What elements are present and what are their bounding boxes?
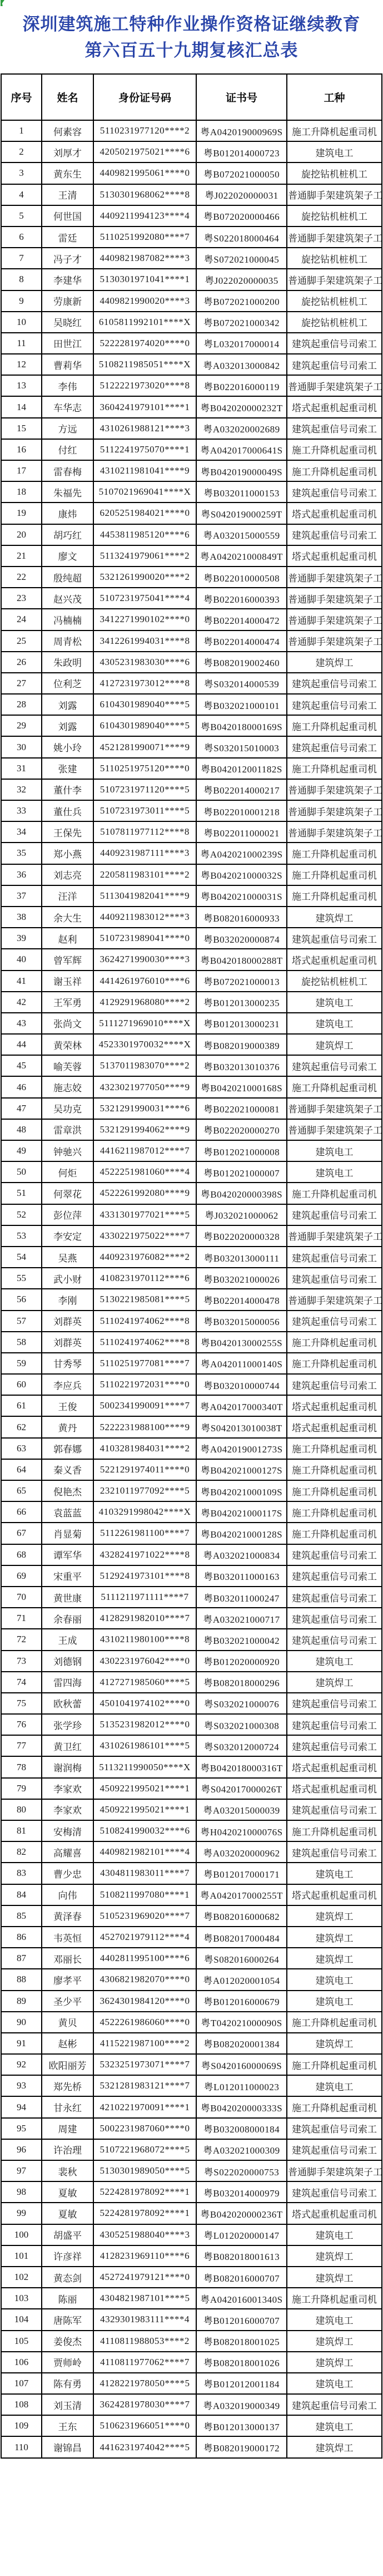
cell-name: 冯楠楠 [42,609,93,630]
cell-name: 刘德钢 [42,1651,93,1672]
table-row: 50何炬4522251981060****4粤B012021000007建筑电工 [1,1161,382,1183]
cell-no: 31 [1,758,42,779]
cell-id_number: 4305251988040****3 [93,2224,196,2245]
cell-cert_no: 粤B072021000342 [196,312,287,333]
cell-cert_no: 粤L032017000014 [196,333,287,354]
cell-trade: 建筑起重信号司索工 [287,2118,382,2139]
cell-id_number: 4205021975021****6 [93,141,196,162]
cell-cert_no: 粤A042019000969S [196,120,287,141]
cell-cert_no: 粤S032021000308 [196,1714,287,1735]
cell-trade: 建筑起重信号司索工 [287,2394,382,2415]
cell-name: 王保先 [42,821,93,843]
table-row: 24冯楠楠3412271990102****0粤B022014000472普通脚… [1,609,382,630]
cell-no: 58 [1,1332,42,1353]
cell-name: 李安定 [42,1225,93,1247]
cell-trade: 施工升降机起重司机 [287,2096,382,2117]
cell-no: 22 [1,567,42,588]
table-row: 22殷纯超5321261990020****2粤B022010000508普通脚… [1,567,382,588]
cell-id_number: 5110221972031****0 [93,1374,196,1395]
cell-cert_no: 粤B082016000682 [196,1905,287,1927]
cell-cert_no: 粤B022014000217 [196,779,287,800]
cell-id_number: 5110251992080****7 [93,226,196,248]
document-page: 深圳建筑施工特种作业操作资格证继续教育 第六百五十九期复核汇总表 序号 姓名 身… [0,0,383,2459]
cell-id_number: 4416231974042****5 [93,2436,196,2457]
cell-id_number: 4330221975022****7 [93,1225,196,1247]
cell-trade: 普通脚手架建筑架子工 [287,269,382,290]
cell-id_number: 5222231988100****9 [93,1416,196,1437]
cell-trade: 施工升降机起重司机 [287,1523,382,1544]
cell-name: 张学珍 [42,1714,93,1735]
cell-no: 108 [1,2394,42,2415]
cell-trade: 普通脚手架建筑架子工 [287,821,382,843]
cell-name: 余春丽 [42,1608,93,1629]
table-row: 94甘永红4210221970091****1粤B042020000333S施工… [1,2096,382,2117]
cell-id_number: 4127231973012****8 [93,673,196,694]
cell-cert_no: 粤B082019002460 [196,652,287,673]
cell-id_number: 4103281984031****2 [93,1438,196,1459]
cell-cert_no: 粤B032013000111 [196,1247,287,1268]
cell-cert_no: 粤J022020000031 [196,184,287,205]
cell-name: 圣少平 [42,1991,93,2012]
cell-id_number: 4501041974102****0 [93,1693,196,1714]
cell-trade: 建筑起重信号司索工 [287,418,382,439]
table-row: 99夏敏5224281978092****1粤B042020000236T塔式起… [1,2203,382,2224]
cell-id_number: 2321011977092****5 [93,1480,196,1501]
table-row: 85黄泽春5105231969020****7粤B082016000682建筑焊… [1,1905,382,1927]
cell-name: 许治理 [42,2139,93,2160]
cell-no: 65 [1,1480,42,1501]
cell-id_number: 4509221995021****1 [93,1799,196,1820]
cell-trade: 普通脚手架建筑架子工 [287,1225,382,1247]
cell-cert_no: 粤H042021000076S [196,1820,287,1841]
cell-id_number: 6105811992101****X [93,312,196,333]
cell-no: 98 [1,2181,42,2203]
cell-cert_no: 粤A042011000140S [196,1353,287,1374]
cell-trade: 施工升降机起重司机 [287,1183,382,1204]
cell-cert_no: 粤B042018000316T [196,1756,287,1777]
table-row: 76张学珍5135231982012****0粤S032021000308建筑起… [1,1714,382,1735]
cell-cert_no: 粤B042021000128S [196,1523,287,1544]
cell-cert_no: 粤S042016000069S [196,2054,287,2075]
cell-id_number: 4409821987082****3 [93,248,196,269]
cell-id_number: 4409821990020****3 [93,290,196,312]
cell-name: 甘永红 [42,2096,93,2117]
cell-name: 喻芙蓉 [42,1055,93,1076]
cell-trade: 普通脚手架建筑架子工 [287,226,382,248]
cell-no: 10 [1,312,42,333]
cell-cert_no: 粤B082018000296 [196,1672,287,1693]
cell-name: 许彦祥 [42,2245,93,2267]
cell-cert_no: 粤B042021000117S [196,1501,287,1523]
table-row: 91赵彬4115221987100****2粤B082020001384建筑焊工 [1,2033,382,2054]
table-row: 66袁蓝蓝4103291998042****X粤B042021000117S施工… [1,1501,382,1523]
cell-no: 41 [1,971,42,992]
cell-cert_no: 粤B082016000707 [196,2267,287,2288]
cell-id_number: 4329301983111****4 [93,2309,196,2330]
table-row: 98夏敏5224281978092****1粤B032014000979建筑起重… [1,2181,382,2203]
cell-name: 郑先桥 [42,2075,93,2096]
table-row: 40曾军辉3624271990030****3粤B042018000288T塔式… [1,949,382,970]
cell-trade: 建筑电工 [287,141,382,162]
cell-trade: 施工升降机起重司机 [287,1459,382,1480]
cell-name: 裴秋 [42,2160,93,2181]
cell-id_number: 4453811985120****6 [93,524,196,545]
cell-name: 张建 [42,758,93,779]
cell-no: 29 [1,715,42,736]
table-row: 47吴功克5321291990031****6粤B022021000081普通脚… [1,1098,382,1119]
cell-trade: 旋挖钻机桩机工 [287,248,382,269]
cell-trade: 建筑起重信号司索工 [287,1268,382,1289]
cell-cert_no: 粤B032011000247 [196,1587,287,1608]
cell-trade: 建筑电工 [287,1651,382,1672]
table-row: 82高耀喜4409821982101****4粤A032020000962建筑起… [1,1841,382,1863]
table-row: 109王东5106231966051****0粤B012013000137建筑电… [1,2415,382,2436]
cell-trade: 建筑起重信号司索工 [287,1565,382,1587]
cell-cert_no: 粤L012011000023 [196,2075,287,2096]
table-row: 51何翠花4522261992080****9粤B042020000398S施工… [1,1183,382,1204]
cell-name: 何世国 [42,205,93,226]
cell-name: 殷纯超 [42,567,93,588]
cell-name: 彭位萍 [42,1204,93,1225]
cell-name: 贾师岭 [42,2352,93,2373]
cell-trade: 施工升降机起重司机 [287,1480,382,1501]
cell-cert_no: 粤A042021000239S [196,843,287,864]
table-row: 28刘露6104301989040****5粤B032021000101建筑起重… [1,694,382,715]
cell-name: 王成 [42,1629,93,1650]
cell-name: 夏敏 [42,2181,93,2203]
cell-name: 王俊 [42,1395,93,1416]
cell-cert_no: 粤B042013000255S [196,1332,287,1353]
table-row: 5何世国4409211994123****4粤B072020000466旋挖钻机… [1,205,382,226]
cell-name: 肖显菊 [42,1523,93,1544]
cell-cert_no: 粤A042021000849T [196,545,287,567]
cell-no: 63 [1,1438,42,1459]
cell-trade: 建筑起重信号司索工 [287,673,382,694]
cell-no: 26 [1,652,42,673]
cell-trade: 建筑电工 [287,1969,382,1990]
table-row: 100胡盛平4305251988040****3粤L012020000147建筑… [1,2224,382,2245]
table-row: 72王成4310211980100****8粤B032021000042建筑起重… [1,1629,382,1650]
cell-trade: 建筑起重信号司索工 [287,1544,382,1565]
cell-id_number: 5002341990091****7 [93,1395,196,1416]
table-row: 92欧阳丽芳5323251973071****7粤S042016000069S施… [1,2054,382,2075]
cell-id_number: 5323251973071****7 [93,2054,196,2075]
cell-id_number: 5108211985051****X [93,354,196,375]
cell-name: 刘志亮 [42,864,93,885]
cell-name: 黄东生 [42,162,93,184]
cell-id_number: 5321281983121****7 [93,2075,196,2096]
cell-id_number: 5224281978092****1 [93,2203,196,2224]
cell-trade: 普通脚手架建筑架子工 [287,1289,382,1310]
cell-cert_no: 粤B072020000466 [196,205,287,226]
cell-name: 韦英恒 [42,1927,93,1948]
table-row: 69宋重平5129241973101****8粤B032011000163建筑起… [1,1565,382,1587]
cell-id_number: 4108231970112****6 [93,1268,196,1289]
cell-no: 80 [1,1799,42,1820]
cell-trade: 建筑起重信号司索工 [287,1629,382,1650]
cell-cert_no: 粤A032013000842 [196,354,287,375]
cell-name: 黄贝 [42,2012,93,2033]
cell-no: 11 [1,333,42,354]
cell-trade: 建筑焊工 [287,1948,382,1969]
cell-id_number: 5108211997080****1 [93,1884,196,1905]
cell-no: 110 [1,2436,42,2457]
header-cell-cert-no: 证书号 [196,74,287,120]
cell-id_number: 5110241974062****8 [93,1311,196,1332]
cell-no: 47 [1,1098,42,1119]
cell-cert_no: 粤A032020002689 [196,418,287,439]
table-row: 45喻芙蓉5137011983070****2粤B032013010376建筑起… [1,1055,382,1076]
cell-name: 赵彬 [42,2033,93,2054]
cell-no: 109 [1,2415,42,2436]
cell-no: 42 [1,992,42,1013]
cell-id_number: 4310211980100****8 [93,1629,196,1650]
cell-cert_no: 粤B012012001184 [196,2373,287,2394]
table-row: 102黄态剑4527241979121****0粤B082016000707建筑… [1,2267,382,2288]
cell-trade: 旋挖钻机桩机工 [287,290,382,312]
cell-trade: 建筑电工 [287,1991,382,2012]
table-row: 93郑先桥5321281983121****7粤L012011000023建筑电… [1,2075,382,2096]
cell-id_number: 4328241971022****8 [93,1544,196,1565]
cell-trade: 建筑起重信号司索工 [287,694,382,715]
cell-id_number: 4409211994123****4 [93,205,196,226]
cell-id_number: 4302231976042****0 [93,1651,196,1672]
cell-trade: 建筑起重信号司索工 [287,1841,382,1863]
header-cell-trade: 工种 [287,74,382,120]
table-row: 77黄卫红4310261986101****5粤S032012000724建筑起… [1,1735,382,1756]
cell-cert_no: 粤A042019001273S [196,1438,287,1459]
cell-trade: 塔式起重机起重司机 [287,2203,382,2224]
cell-name: 钟驰兴 [42,1140,93,1161]
cell-id_number: 5110251977081****7 [93,1353,196,1374]
cell-no: 91 [1,2033,42,2054]
cell-no: 30 [1,736,42,757]
cell-trade: 建筑焊工 [287,652,382,673]
cell-no: 37 [1,885,42,907]
cell-trade: 建筑起重信号司索工 [287,1311,382,1332]
cell-id_number: 5130301968062****8 [93,184,196,205]
cell-name: 张尚文 [42,1013,93,1034]
cell-trade: 塔式起重机起重司机 [287,396,382,417]
cell-id_number: 5130301989050****5 [93,2160,196,2181]
cell-id_number: 4409231976082****2 [93,1247,196,1268]
cell-name: 黄荣林 [42,1034,93,1055]
cell-no: 105 [1,2331,42,2352]
cell-no: 81 [1,1820,42,1841]
cell-id_number: 4128221978050****5 [93,2373,196,2394]
cell-no: 7 [1,248,42,269]
cell-no: 101 [1,2245,42,2267]
cell-name: 唐陈军 [42,2309,93,2330]
cell-name: 陈有勇 [42,2373,93,2394]
table-row: 108刘玉清3624281978030****7粤A032019000349建筑… [1,2394,382,2415]
cell-no: 87 [1,1948,42,1969]
table-row: 18朱福先5107021969041****X粤B032011000153建筑起… [1,481,382,503]
cell-trade: 建筑焊工 [287,1034,382,1055]
cell-cert_no: 粤B022016000393 [196,588,287,609]
cell-trade: 建筑焊工 [287,2331,382,2352]
cell-no: 93 [1,2075,42,2096]
table-row: 48雷章洪5321291994062****9粤B022020000270普通脚… [1,1119,382,1140]
cell-trade: 建筑电工 [287,2373,382,2394]
cell-no: 53 [1,1225,42,1247]
cell-trade: 建筑电工 [287,1013,382,1034]
cell-id_number: 4331301977021****5 [93,1204,196,1225]
cell-trade: 施工升降机起重司机 [287,2054,382,2075]
cell-name: 吴燕 [42,1247,93,1268]
cell-cert_no: 粤A042017000641S [196,439,287,460]
cell-trade: 施工升降机起重司机 [287,2288,382,2309]
cell-cert_no: 粤B042020000232T [196,396,287,417]
cell-id_number: 4509221995021****1 [93,1778,196,1799]
cell-name: 曹少忠 [42,1863,93,1884]
cell-name: 黄态剑 [42,2267,93,2288]
cell-no: 15 [1,418,42,439]
cell-name: 欧阳丽芳 [42,2054,93,2075]
cell-no: 107 [1,2373,42,2394]
cell-name: 吴晓红 [42,312,93,333]
cell-trade: 塔式起重机起重司机 [287,545,382,567]
cell-trade: 建筑电工 [287,2075,382,2096]
table-row: 52彭位萍4331301977021****5粤J032021000062建筑起… [1,1204,382,1225]
cell-cert_no: 粤B082016000933 [196,907,287,928]
cell-cert_no: 粤B022014000478 [196,1289,287,1310]
cell-cert_no: 粤B032008000184 [196,2118,287,2139]
table-row: 67肖显菊5112261981100****7粤B042021000128S施工… [1,1523,382,1544]
cell-name: 黄世康 [42,1587,93,1608]
cell-cert_no: 粤B022011000021 [196,821,287,843]
cell-name: 赵利 [42,928,93,949]
table-row: 74雷四海4127271985060****5粤B082018000296建筑焊… [1,1672,382,1693]
cell-id_number: 4523301970032****X [93,1034,196,1055]
table-row: 103陈丽4304821987101****5粤A042016001340S施工… [1,2288,382,2309]
cell-name: 谢玉祥 [42,971,93,992]
cell-name: 陈丽 [42,2288,93,2309]
cell-cert_no: 粤S072021000045 [196,248,287,269]
cell-cert_no: 粤B012016000707 [196,2309,287,2330]
cell-cert_no: 粤B042021000031S [196,885,287,907]
cell-name: 袁蓝蓝 [42,1501,93,1523]
cell-no: 27 [1,673,42,694]
cell-cert_no: 粤A032021000717 [196,1608,287,1629]
cell-trade: 建筑焊工 [287,2245,382,2267]
cell-trade: 旋挖钻机桩机工 [287,312,382,333]
cell-name: 倪艳杰 [42,1480,93,1501]
cell-trade: 建筑起重信号司索工 [287,1055,382,1076]
cell-no: 92 [1,2054,42,2075]
cell-id_number: 5321261990020****2 [93,567,196,588]
cell-trade: 施工升降机起重司机 [287,715,382,736]
cell-no: 90 [1,2012,42,2033]
cell-name: 武小财 [42,1268,93,1289]
table-row: 65倪艳杰2321011977092****5粤B042021000109S施工… [1,1480,382,1501]
cell-trade: 建筑焊工 [287,1905,382,1927]
cell-name: 夏敏 [42,2203,93,2224]
cell-name: 王东 [42,2415,93,2436]
cell-no: 97 [1,2160,42,2181]
cell-id_number: 4305231983030****6 [93,652,196,673]
header-cell-id-number: 身份证号码 [93,74,196,120]
table-row: 60李应兵5110221972031****0粤B032010000744建筑起… [1,1374,382,1395]
cell-name: 刘群英 [42,1332,93,1353]
cell-name: 董什李 [42,779,93,800]
cell-no: 102 [1,2267,42,2288]
cell-name: 李应兵 [42,1374,93,1395]
cell-trade: 普通脚手架建筑架子工 [287,779,382,800]
cell-trade: 建筑起重信号司索工 [287,1693,382,1714]
cell-trade: 建筑起重信号司索工 [287,524,382,545]
cell-cert_no: 粤B032011000163 [196,1565,287,1587]
table-row: 88廖孝平4306821982070****0粤A012020001054建筑电… [1,1969,382,1990]
table-row: 107陈有勇4128221978050****5粤B012012001184建筑… [1,2373,382,2394]
table-row: 10吴晓红6105811992101****X粤B072021000342旋挖钻… [1,312,382,333]
cell-name: 雷春梅 [42,460,93,481]
header-cell-no: 序号 [1,74,42,120]
cell-cert_no: 粤B022014000474 [196,631,287,652]
cell-trade: 建筑焊工 [287,2267,382,2288]
cell-no: 77 [1,1735,42,1756]
cell-name: 谢锦昌 [42,2436,93,2457]
cell-trade: 塔式起重机起重司机 [287,503,382,524]
cell-cert_no: 粤B012013000231 [196,1013,287,1034]
cell-name: 黄泽春 [42,1905,93,1927]
table-body: 1何素容5110231977120****2粤A042019000969S施工升… [1,120,382,2458]
table-row: 105姜俊杰4110811988053****2粤B082018001025建筑… [1,2331,382,2352]
table-row: 57刘群英5110241974062****8粤B032015000056建筑起… [1,1311,382,1332]
cell-id_number: 5107021969041****X [93,481,196,503]
cell-no: 51 [1,1183,42,1204]
cell-cert_no: 粤T042021000090S [196,2012,287,2033]
cell-trade: 建筑起重信号司索工 [287,1204,382,1225]
cell-name: 邓丽长 [42,1948,93,1969]
cell-cert_no: 粤B012013000137 [196,2415,287,2436]
cell-cert_no: 粤B042012001182S [196,758,287,779]
cell-no: 99 [1,2203,42,2224]
table-row: 61王俊5002341990091****7粤A042017000340T塔式起… [1,1395,382,1416]
cell-no: 50 [1,1161,42,1183]
cell-no: 103 [1,2288,42,2309]
cell-name: 田世江 [42,333,93,354]
cell-id_number: 3624301984120****0 [93,1991,196,2012]
cell-trade: 施工升降机起重司机 [287,1332,382,1353]
cell-no: 88 [1,1969,42,1990]
cell-trade: 施工升降机起重司机 [287,1076,382,1097]
cell-id_number: 5106231966051****0 [93,2415,196,2436]
cell-no: 8 [1,269,42,290]
table-row: 53李安定4330221975022****7粤B022020000328普通脚… [1,1225,382,1247]
cell-no: 5 [1,205,42,226]
cell-trade: 施工升降机起重司机 [287,843,382,864]
cell-no: 79 [1,1778,42,1799]
cell-cert_no: 粤S022020000753 [196,2160,287,2181]
cell-id_number: 4110811988053****2 [93,2331,196,2352]
cell-cert_no: 粤B042018000169S [196,715,287,736]
cell-name: 刘厚才 [42,141,93,162]
cell-cert_no: 粤B042019000049S [196,460,287,481]
table-row: 34王保先5107811977112****8粤B022011000021普通脚… [1,821,382,843]
cell-name: 何素容 [42,120,93,141]
cell-no: 67 [1,1523,42,1544]
cell-id_number: 5137011983070****2 [93,1055,196,1076]
table-row: 49钟驰兴4416211987012****7粤B012021000008建筑电… [1,1140,382,1161]
table-row: 73刘德钢4302231976042****0粤B012020000920建筑电… [1,1651,382,1672]
cell-no: 96 [1,2139,42,2160]
cell-cert_no: 粤B022010000508 [196,567,287,588]
cell-id_number: 4527021979112****4 [93,1927,196,1948]
cell-no: 106 [1,2352,42,2373]
table-row: 68谭军华4328241971022****8粤A032021000834建筑起… [1,1544,382,1565]
table-row: 39赵利5107231989041****0粤B032020000874建筑起重… [1,928,382,949]
